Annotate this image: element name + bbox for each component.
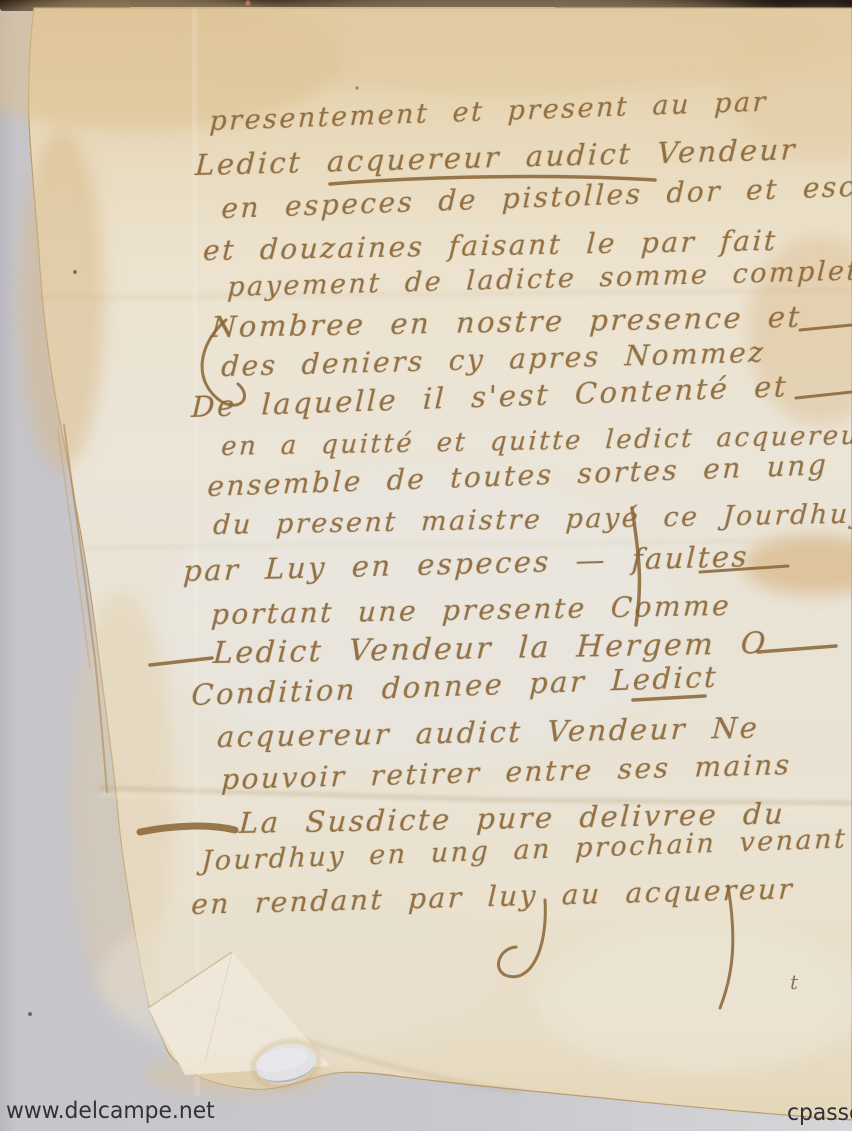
watermark-delcampe: www.delcampe.net bbox=[6, 1098, 215, 1124]
stray-ink-mark: t bbox=[790, 970, 798, 994]
scanned-manuscript-photo: presentement et present au par Ledict ac… bbox=[0, 0, 852, 1131]
watermark-partial: cpasse bbox=[787, 1100, 852, 1126]
